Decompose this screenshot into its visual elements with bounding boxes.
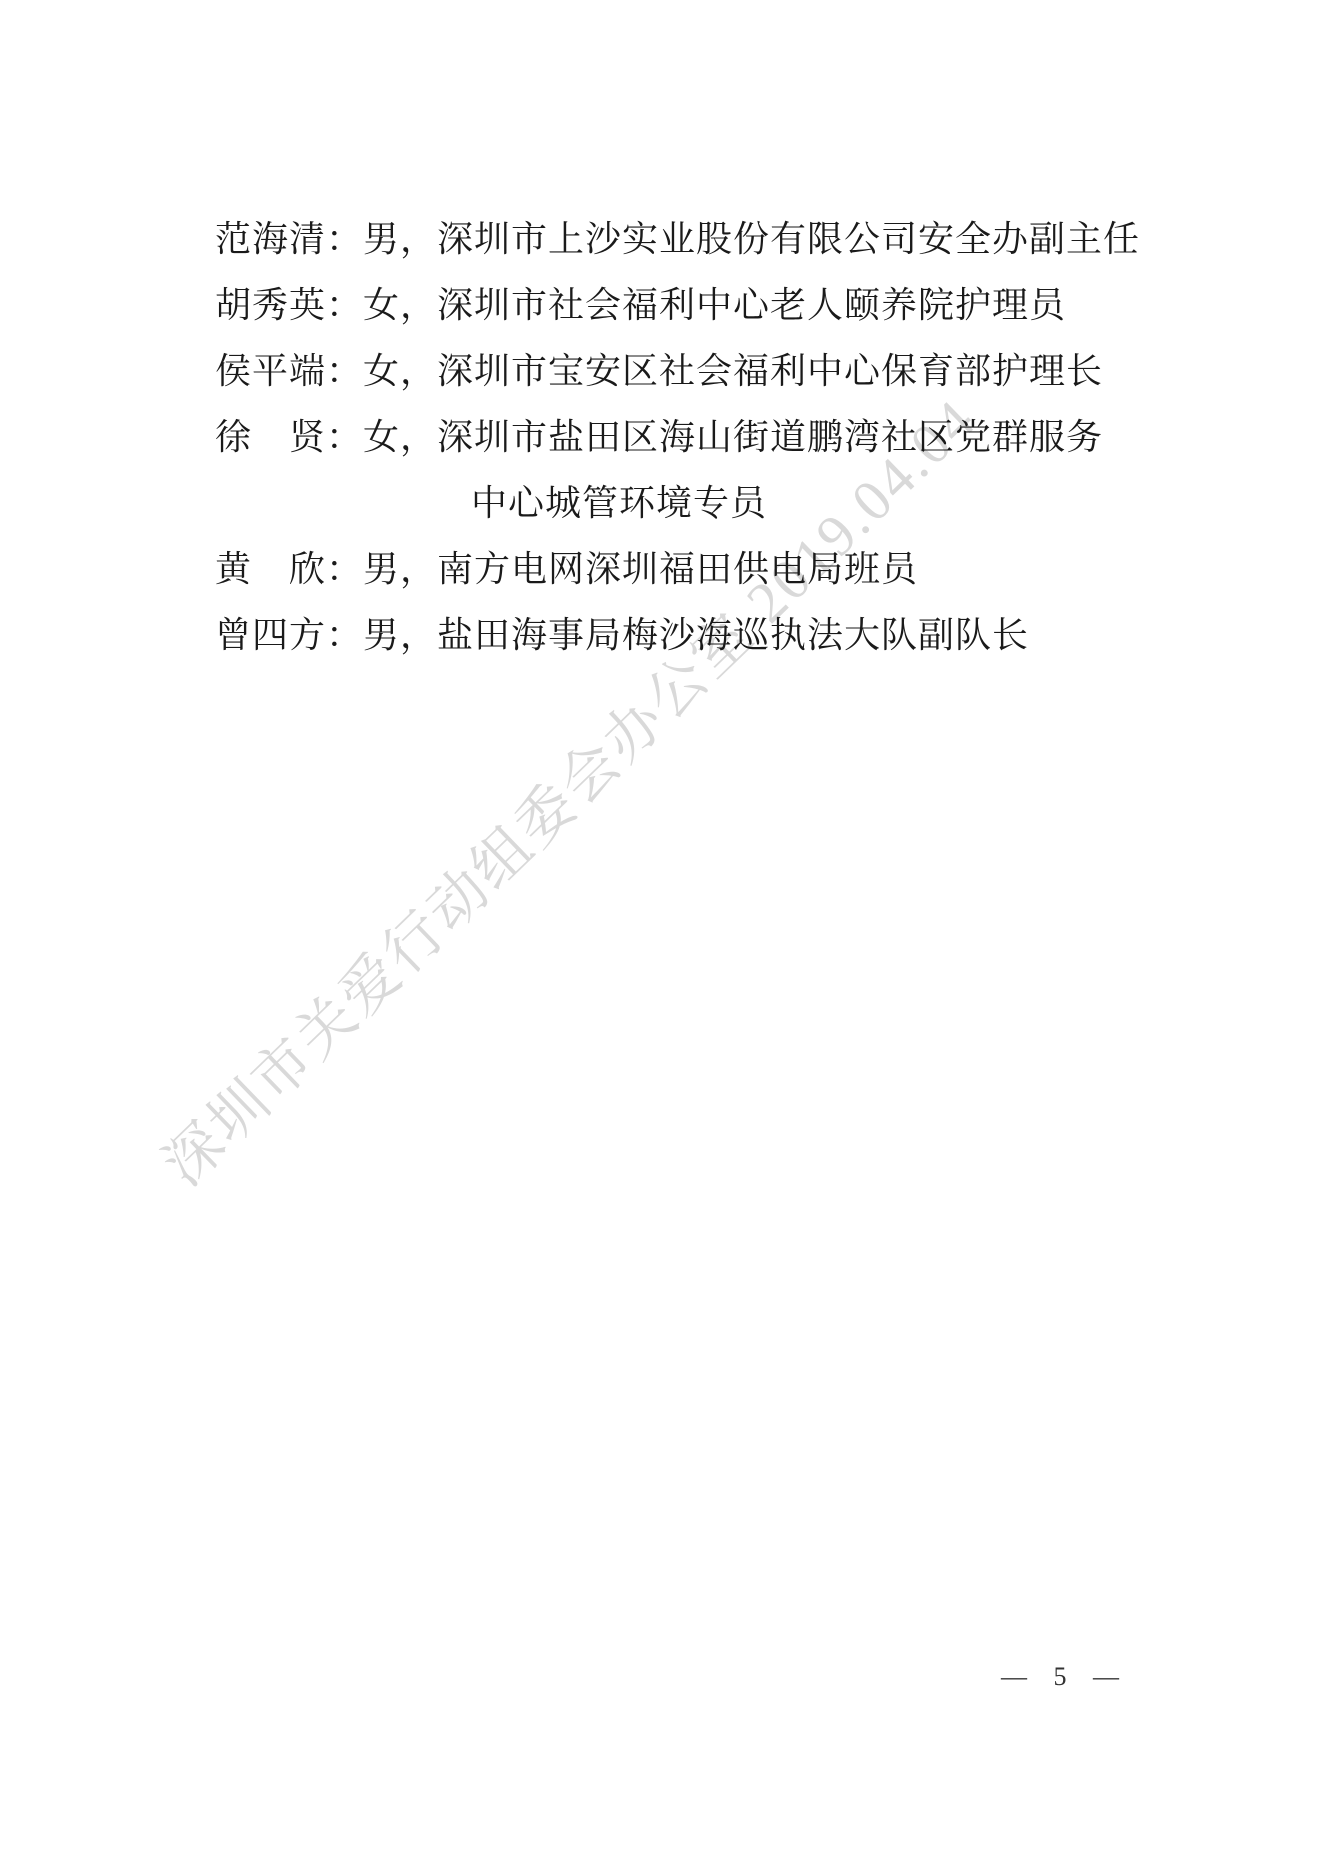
person-name: 徐 贤 <box>215 404 326 470</box>
roster-list: 范海清：男，深圳市上沙实业股份有限公司安全办副主任 胡秀英：女，深圳市社会福利中… <box>215 206 1140 668</box>
colon-separator: ： <box>326 351 363 391</box>
roster-entry: 徐 贤：女，深圳市盐田区海山街道鹏湾社区党群服务 <box>215 404 1140 470</box>
document-page: 深圳市关爱行动组委会办公室 2019.04.04 范海清：男，深圳市上沙实业股份… <box>0 0 1323 1871</box>
colon-separator: ： <box>326 549 363 589</box>
person-description: 男，盐田海事局梅沙海巡执法大队副队长 <box>363 615 1029 655</box>
person-name: 范海清 <box>215 206 326 272</box>
roster-entry: 侯平端：女，深圳市宝安区社会福利中心保育部护理长 <box>215 338 1140 404</box>
colon-separator: ： <box>326 615 363 655</box>
roster-entry-continuation: 中心城管环境专员 <box>215 470 1140 536</box>
person-description: 女，深圳市社会福利中心老人颐养院护理员 <box>363 285 1066 325</box>
person-name: 黄 欣 <box>215 536 326 602</box>
person-description: 女，深圳市盐田区海山街道鹏湾社区党群服务 <box>363 417 1103 457</box>
person-name: 侯平端 <box>215 338 326 404</box>
roster-entry: 黄 欣：男，南方电网深圳福田供电局班员 <box>215 536 1140 602</box>
roster-entry: 胡秀英：女，深圳市社会福利中心老人颐养院护理员 <box>215 272 1140 338</box>
roster-entry: 曾四方：男，盐田海事局梅沙海巡执法大队副队长 <box>215 602 1140 668</box>
roster-entry: 范海清：男，深圳市上沙实业股份有限公司安全办副主任 <box>215 206 1140 272</box>
person-description: 男，深圳市上沙实业股份有限公司安全办副主任 <box>363 219 1140 259</box>
person-name: 曾四方 <box>215 602 326 668</box>
person-name: 胡秀英 <box>215 272 326 338</box>
colon-separator: ： <box>326 219 363 259</box>
colon-separator: ： <box>326 285 363 325</box>
person-description: 男，南方电网深圳福田供电局班员 <box>363 549 918 589</box>
colon-separator: ： <box>326 417 363 457</box>
page-number: — 5 — <box>1001 1662 1120 1692</box>
person-description-continuation: 中心城管环境专员 <box>471 483 767 523</box>
person-description: 女，深圳市宝安区社会福利中心保育部护理长 <box>363 351 1103 391</box>
